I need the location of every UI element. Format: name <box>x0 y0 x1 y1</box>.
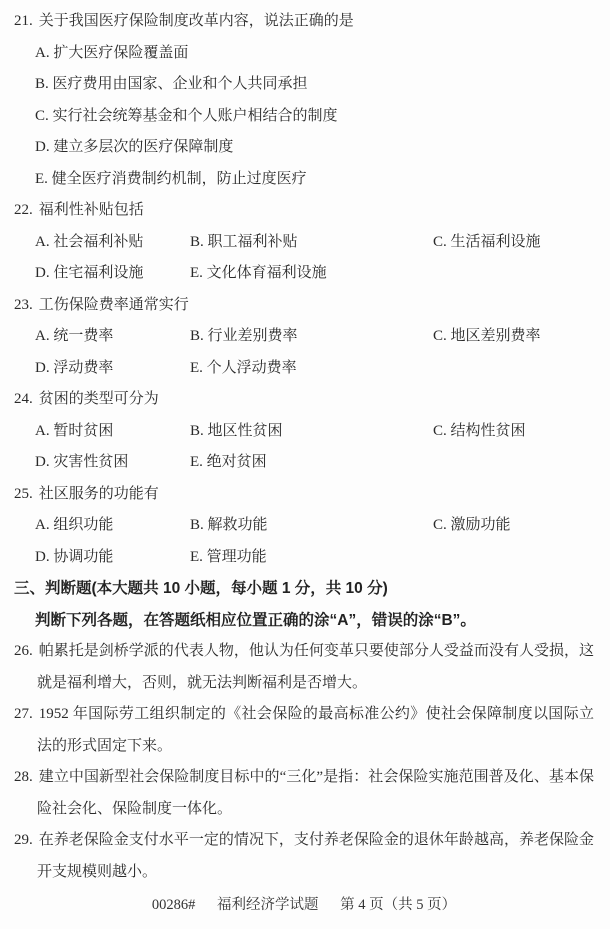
question-28: 28.建立中国新型社会保险制度目标中的“三化”是指：社会保险实施范围普及化、基本… <box>37 762 594 825</box>
question-24-option-e: E. 绝对贫困 <box>190 447 433 479</box>
question-22-option-row-1: A. 社会福利补贴 B. 职工福利补贴 C. 生活福利设施 <box>14 227 594 259</box>
question-25-option-row-1: A. 组织功能 B. 解救功能 C. 激励功能 <box>14 510 594 542</box>
question-23-number: 23. <box>14 297 33 313</box>
exam-page: 21.关于我国医疗保险制度改革内容，说法正确的是 A. 扩大医疗保险覆盖面 B.… <box>14 6 594 929</box>
section-3-instruction: 判断下列各题，在答题纸相应位置正确的涂“A”，错误的涂“B”。 <box>14 605 594 637</box>
question-28-number: 28. <box>14 769 33 785</box>
footer-page-number: 第 4 页（共 5 页） <box>340 897 456 913</box>
question-25-option-e: E. 管理功能 <box>190 542 433 574</box>
question-24-option-c: C. 结构性贫困 <box>433 416 594 448</box>
question-24-option-d: D. 灾害性贫困 <box>35 447 190 479</box>
question-22-option-d: D. 住宅福利设施 <box>35 258 190 290</box>
question-22-number: 22. <box>14 202 33 218</box>
question-22-text: 福利性补贴包括 <box>39 202 144 218</box>
question-29: 29.在养老保险金支付水平一定的情况下，支付养老保险金的退休年龄越高，养老保险金… <box>37 825 594 888</box>
question-25-option-row-2: D. 协调功能 E. 管理功能 <box>14 542 594 574</box>
footer-exam-code: 00286# <box>152 897 196 913</box>
question-27-text: 1952 年国际劳工组织制定的《社会保险的最高标准公约》使社会保障制度以国际立法… <box>37 706 594 754</box>
question-26: 26.帕累托是剑桥学派的代表人物，他认为任何变革只要使部分人受益而没有人受损，这… <box>37 636 594 699</box>
question-24-text: 贫困的类型可分为 <box>39 391 159 407</box>
question-23-option-row-2: D. 浮动费率 E. 个人浮动费率 <box>14 353 594 385</box>
question-21-text: 关于我国医疗保险制度改革内容，说法正确的是 <box>39 13 354 29</box>
question-23-option-e: E. 个人浮动费率 <box>190 353 433 385</box>
question-21-option-c: C. 实行社会统筹基金和个人账户相结合的制度 <box>14 101 594 133</box>
question-22-option-b: B. 职工福利补贴 <box>190 227 433 259</box>
question-23-option-c: C. 地区差别费率 <box>433 321 594 353</box>
question-24-option-row-2: D. 灾害性贫困 E. 绝对贫困 <box>14 447 594 479</box>
question-29-number: 29. <box>14 832 33 848</box>
question-23: 23.工伤保险费率通常实行 <box>14 290 594 322</box>
question-22-option-c: C. 生活福利设施 <box>433 227 594 259</box>
page-footer: 00286# 福利经济学试题 第 4 页（共 5 页） <box>14 890 594 922</box>
question-25-text: 社区服务的功能有 <box>39 486 159 502</box>
question-21-option-d: D. 建立多层次的医疗保障制度 <box>14 132 594 164</box>
footer-exam-title: 福利经济学试题 <box>217 897 319 913</box>
question-23-option-a: A. 统一费率 <box>35 321 190 353</box>
question-27-number: 27. <box>14 706 33 722</box>
question-23-option-b: B. 行业差别费率 <box>190 321 433 353</box>
question-28-text: 建立中国新型社会保险制度目标中的“三化”是指：社会保险实施范围普及化、基本保险社… <box>37 769 594 817</box>
question-21-option-e: E. 健全医疗消费制约机制，防止过度医疗 <box>14 164 594 196</box>
question-26-text: 帕累托是剑桥学派的代表人物，他认为任何变革只要使部分人受益而没有人受损，这就是福… <box>37 643 594 691</box>
question-23-option-d: D. 浮动费率 <box>35 353 190 385</box>
question-24-option-b: B. 地区性贫困 <box>190 416 433 448</box>
question-21-number: 21. <box>14 13 33 29</box>
question-22-option-e: E. 文化体育福利设施 <box>190 258 433 290</box>
question-25-option-a: A. 组织功能 <box>35 510 190 542</box>
question-22: 22.福利性补贴包括 <box>14 195 594 227</box>
question-21-option-a: A. 扩大医疗保险覆盖面 <box>14 38 594 70</box>
question-25-number: 25. <box>14 486 33 502</box>
section-3-heading: 三、判断题(本大题共 10 小题，每小题 1 分，共 10 分) <box>14 573 594 605</box>
question-26-number: 26. <box>14 643 33 659</box>
question-24-number: 24. <box>14 391 33 407</box>
question-23-option-row-1: A. 统一费率 B. 行业差别费率 C. 地区差别费率 <box>14 321 594 353</box>
question-27: 27.1952 年国际劳工组织制定的《社会保险的最高标准公约》使社会保障制度以国… <box>37 699 594 762</box>
question-25-option-c: C. 激励功能 <box>433 510 594 542</box>
question-29-text: 在养老保险金支付水平一定的情况下，支付养老保险金的退休年龄越高，养老保险金开支规… <box>37 832 594 880</box>
question-22-option-row-2: D. 住宅福利设施 E. 文化体育福利设施 <box>14 258 594 290</box>
question-25-option-b: B. 解救功能 <box>190 510 433 542</box>
question-23-text: 工伤保险费率通常实行 <box>39 297 189 313</box>
question-22-option-a: A. 社会福利补贴 <box>35 227 190 259</box>
question-21-option-b: B. 医疗费用由国家、企业和个人共同承担 <box>14 69 594 101</box>
question-24: 24.贫困的类型可分为 <box>14 384 594 416</box>
question-21: 21.关于我国医疗保险制度改革内容，说法正确的是 <box>14 6 594 38</box>
question-24-option-row-1: A. 暂时贫困 B. 地区性贫困 C. 结构性贫困 <box>14 416 594 448</box>
question-25-option-d: D. 协调功能 <box>35 542 190 574</box>
question-24-option-a: A. 暂时贫困 <box>35 416 190 448</box>
question-25: 25.社区服务的功能有 <box>14 479 594 511</box>
